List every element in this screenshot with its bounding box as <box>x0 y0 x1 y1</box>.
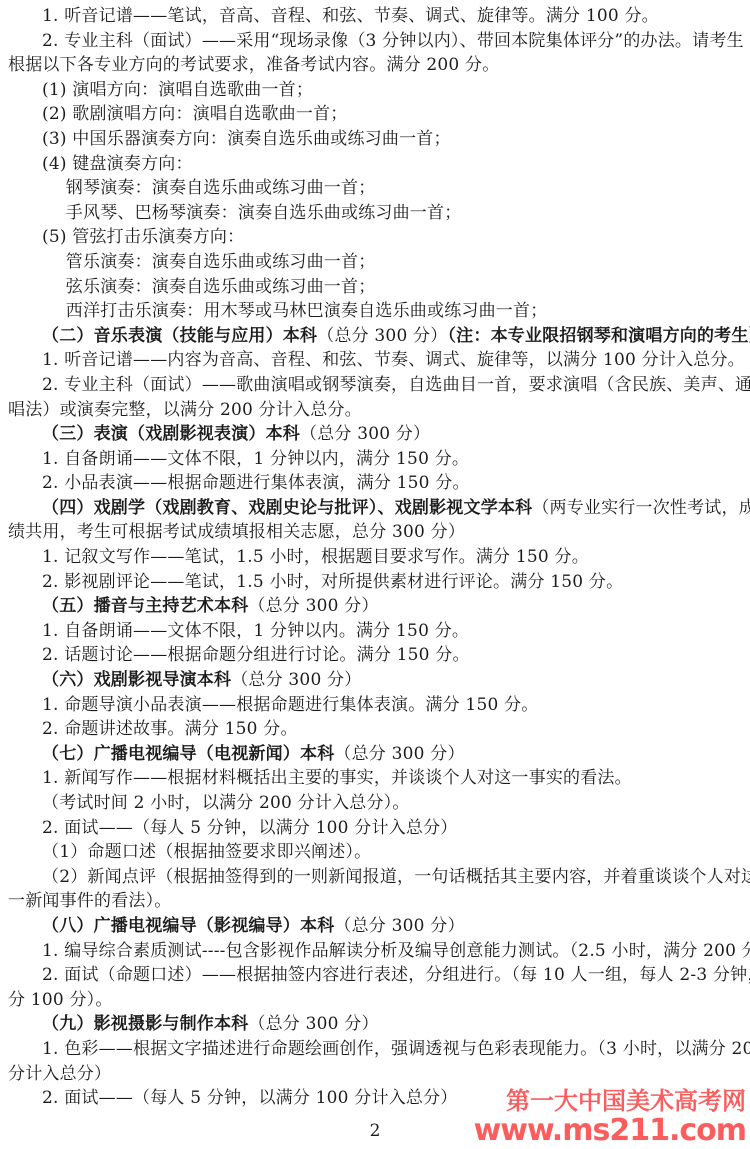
document-line: (2) 歌剧演唱方向：演唱自选歌曲一首； <box>8 102 744 127</box>
heading-text: （六）戏剧影视导演本科 <box>42 670 231 690</box>
line-text: （总分 300 分） <box>248 596 378 616</box>
document-line: 1. 听音记谱——内容为音高、音程、和弦、节奏、调式、旋律等，以满分 100 分… <box>8 348 744 373</box>
heading-text: （九）影视摄影与制作本科 <box>42 1014 248 1034</box>
site-watermark: 第一大中国美术高考网 www.ms211.com <box>474 1088 746 1147</box>
document-line: （1）命题口述（根据抽签要求即兴阐述）。 <box>8 840 744 865</box>
line-text: （总分 300 分） <box>334 744 464 764</box>
line-text: 钢琴演奏：演奏自选乐曲或练习曲一首； <box>66 178 376 198</box>
heading-text: （二）音乐表演（技能与应用）本科 <box>42 326 317 346</box>
line-text: 唱法）或演奏完整，以满分 200 分计入总分。 <box>8 400 362 420</box>
document-line: 分 100 分）。 <box>8 988 744 1013</box>
line-text: 1. 命题导演小品表演——根据命题进行集体表演。满分 150 分。 <box>42 695 538 715</box>
document-line: 手风琴、巴杨琴演奏：演奏自选乐曲或练习曲一首； <box>8 201 744 226</box>
document-line: 2. 面试（命题口述）——根据抽签内容进行表述，分组进行。（每 10 人一组，每… <box>8 963 744 988</box>
document-line: 2. 话题讨论——根据命题分组进行讨论。满分 150 分。 <box>8 643 744 668</box>
heading-text: （三）表演（戏剧影视表演）本科 <box>42 424 300 444</box>
document-line: (5) 管弦打击乐演奏方向： <box>8 225 744 250</box>
document-line: (1) 演唱方向：演唱自选歌曲一首； <box>8 78 744 103</box>
line-text: (3) 中国乐器演奏方向：演奏自选乐曲或练习曲一首； <box>42 129 451 149</box>
section-heading: （四）戏剧学（戏剧教育、戏剧史论与批评）、戏剧影视文学本科（两专业实行一次性考试… <box>8 496 744 521</box>
document-line: （2）新闻点评（根据抽签得到的一则新闻报道，一句话概括其主要内容，并着重谈谈个人… <box>8 865 744 890</box>
line-text: （总分 300 分） <box>231 670 361 690</box>
document-line: 钢琴演奏：演奏自选乐曲或练习曲一首； <box>8 176 744 201</box>
line-text: 2. 面试（命题口述）——根据抽签内容进行表述，分组进行。（每 10 人一组，每… <box>42 965 750 985</box>
line-text: 2. 专业主科（面试）——采用“现场录像（3 分钟以内）、带回本院集体评分”的办… <box>42 31 744 51</box>
line-text: 管乐演奏：演奏自选乐曲或练习曲一首； <box>66 252 376 272</box>
section-heading: （二）音乐表演（技能与应用）本科（总分 300 分）（注：本专业限招钢琴和演唱方… <box>8 324 744 349</box>
line-text: 1. 色彩——根据文字描述进行命题绘画创作，强调透视与色彩表现能力。（3 小时，… <box>42 1039 750 1059</box>
section-heading: （八）广播电视编导（影视编导）本科（总分 300 分） <box>8 914 744 939</box>
line-text: 1. 自备朗诵——文体不限，1 分钟以内。满分 150 分。 <box>42 621 469 641</box>
document-line: 1. 自备朗诵——文体不限，1 分钟以内，满分 150 分。 <box>8 447 744 472</box>
line-text: 2. 面试——（每人 5 分钟，以满分 100 分计入总分） <box>42 818 458 838</box>
document-line: 1. 命题导演小品表演——根据命题进行集体表演。满分 150 分。 <box>8 693 744 718</box>
line-text: （总分 300 分） <box>334 916 464 936</box>
document-line: 2. 小品表演——根据命题进行集体表演，满分 150 分。 <box>8 471 744 496</box>
line-text: 弦乐演奏：演奏自选乐曲或练习曲一首； <box>66 277 376 297</box>
line-text: 分计入总分） <box>8 1064 111 1084</box>
document-line: 一新闻事件的看法）。 <box>8 889 744 914</box>
document-line: 1. 编导综合素质测试----包含影视作品解读分析及编导创意能力测试。（2.5 … <box>8 939 744 964</box>
document-line: 2. 命题讲述故事。满分 150 分。 <box>8 717 744 742</box>
line-text: （总分 300 分） <box>300 424 430 444</box>
heading-text: （八）广播电视编导（影视编导）本科 <box>42 916 334 936</box>
heading-text: （四）戏剧学（戏剧教育、戏剧史论与批评）、戏剧影视文学本科 <box>42 498 532 518</box>
document-line: 2. 面试——（每人 5 分钟，以满分 100 分计入总分） <box>8 816 744 841</box>
line-text: （两专业实行一次性考试，成 <box>532 498 750 518</box>
document-body: 1. 听音记谱——笔试，音高、音程、和弦、节奏、调式、旋律等。满分 100 分。… <box>8 4 744 1111</box>
section-heading: （六）戏剧影视导演本科（总分 300 分） <box>8 668 744 693</box>
line-text: （总分 300 分） <box>317 326 447 346</box>
line-text: 2. 影视剧评论——笔试，1.5 小时，对所提供素材进行评论。满分 150 分。 <box>42 572 623 592</box>
line-text: 1. 记叙文写作——笔试，1.5 小时，根据题目要求写作。满分 150 分。 <box>42 547 589 567</box>
line-text: 分 100 分）。 <box>8 990 113 1010</box>
document-line: 2. 专业主科（面试）——歌曲演唱或钢琴演奏，自选曲目一首，要求演唱（含民族、美… <box>8 373 744 398</box>
line-text: 2. 面试——（每人 5 分钟，以满分 100 分计入总分） <box>42 1088 458 1108</box>
line-text: （考试时间 2 小时，以满分 200 分计入总分）。 <box>42 793 410 813</box>
line-text: 1. 新闻写作——根据材料概括出主要的事实，并谈谈个人对这一事实的看法。 <box>42 768 632 788</box>
line-text: 西洋打击乐演奏：用木琴或马林巴演奏自选乐曲或练习曲一首； <box>66 301 548 321</box>
line-text: 2. 小品表演——根据命题进行集体表演，满分 150 分。 <box>42 473 470 493</box>
document-line: (4) 键盘演奏方向： <box>8 152 744 177</box>
document-line: 绩共用，考生可根据考试成绩填报相关志愿，总分 300 分） <box>8 520 744 545</box>
document-line: 1. 记叙文写作——笔试，1.5 小时，根据题目要求写作。满分 150 分。 <box>8 545 744 570</box>
document-line: 根据以下各专业方向的考试要求，准备考试内容。满分 200 分。 <box>8 53 744 78</box>
watermark-site-url: www.ms211.com <box>474 1114 746 1147</box>
document-line: 1. 听音记谱——笔试，音高、音程、和弦、节奏、调式、旋律等。满分 100 分。 <box>8 4 744 29</box>
document-line: 分计入总分） <box>8 1062 744 1087</box>
section-heading: （九）影视摄影与制作本科（总分 300 分） <box>8 1012 744 1037</box>
document-line: 管乐演奏：演奏自选乐曲或练习曲一首； <box>8 250 744 275</box>
line-text: 1. 听音记谱——内容为音高、音程、和弦、节奏、调式、旋律等，以满分 100 分… <box>42 350 745 370</box>
line-text: (2) 歌剧演唱方向：演唱自选歌曲一首； <box>42 104 347 124</box>
line-text: （总分 300 分） <box>248 1014 378 1034</box>
line-text: （1）命题口述（根据抽签要求即兴阐述）。 <box>42 842 371 862</box>
heading-text: （五）播音与主持艺术本科 <box>42 596 248 616</box>
document-line: (3) 中国乐器演奏方向：演奏自选乐曲或练习曲一首； <box>8 127 744 152</box>
document-line: 2. 专业主科（面试）——采用“现场录像（3 分钟以内）、带回本院集体评分”的办… <box>8 29 744 54</box>
line-text: 手风琴、巴杨琴演奏：演奏自选乐曲或练习曲一首； <box>66 203 462 223</box>
line-text: (4) 键盘演奏方向： <box>42 154 193 174</box>
line-text: 1. 编导综合素质测试----包含影视作品解读分析及编导创意能力测试。（2.5 … <box>42 941 750 961</box>
document-page: 1. 听音记谱——笔试，音高、音程、和弦、节奏、调式、旋律等。满分 100 分。… <box>0 0 750 1149</box>
line-text: 1. 自备朗诵——文体不限，1 分钟以内，满分 150 分。 <box>42 449 469 469</box>
document-line: 弦乐演奏：演奏自选乐曲或练习曲一首； <box>8 275 744 300</box>
document-line: （考试时间 2 小时，以满分 200 分计入总分）。 <box>8 791 744 816</box>
line-text: (1) 演唱方向：演唱自选歌曲一首； <box>42 80 313 100</box>
watermark-site-name: 第一大中国美术高考网 <box>474 1088 746 1114</box>
section-heading: （五）播音与主持艺术本科（总分 300 分） <box>8 594 744 619</box>
line-text: 2. 专业主科（面试）——歌曲演唱或钢琴演奏，自选曲目一首，要求演唱（含民族、美… <box>42 375 750 395</box>
document-line: 1. 色彩——根据文字描述进行命题绘画创作，强调透视与色彩表现能力。（3 小时，… <box>8 1037 744 1062</box>
document-line: 西洋打击乐演奏：用木琴或马林巴演奏自选乐曲或练习曲一首； <box>8 299 744 324</box>
line-text: 1. 听音记谱——笔试，音高、音程、和弦、节奏、调式、旋律等。满分 100 分。 <box>42 6 659 26</box>
line-text: 一新闻事件的看法）。 <box>8 891 172 911</box>
document-line: 唱法）或演奏完整，以满分 200 分计入总分。 <box>8 398 744 423</box>
document-line: 2. 影视剧评论——笔试，1.5 小时，对所提供素材进行评论。满分 150 分。 <box>8 570 744 595</box>
line-text: 根据以下各专业方向的考试要求，准备考试内容。满分 200 分。 <box>8 55 499 75</box>
heading-text: （注：本专业限招钢琴和演唱方向的考生） <box>447 326 750 346</box>
section-heading: （七）广播电视编导（电视新闻）本科（总分 300 分） <box>8 742 744 767</box>
line-text: (5) 管弦打击乐演奏方向： <box>42 227 244 247</box>
line-text: 2. 命题讲述故事。满分 150 分。 <box>42 719 298 739</box>
document-line: 1. 自备朗诵——文体不限，1 分钟以内。满分 150 分。 <box>8 619 744 644</box>
section-heading: （三）表演（戏剧影视表演）本科（总分 300 分） <box>8 422 744 447</box>
document-line: 1. 新闻写作——根据材料概括出主要的事实，并谈谈个人对这一事实的看法。 <box>8 766 744 791</box>
heading-text: （七）广播电视编导（电视新闻）本科 <box>42 744 334 764</box>
line-text: 2. 话题讨论——根据命题分组进行讨论。满分 150 分。 <box>42 645 470 665</box>
line-text: 绩共用，考生可根据考试成绩填报相关志愿，总分 300 分） <box>8 522 465 542</box>
line-text: （2）新闻点评（根据抽签得到的一则新闻报道，一句话概括其主要内容，并着重谈谈个人… <box>42 867 750 887</box>
